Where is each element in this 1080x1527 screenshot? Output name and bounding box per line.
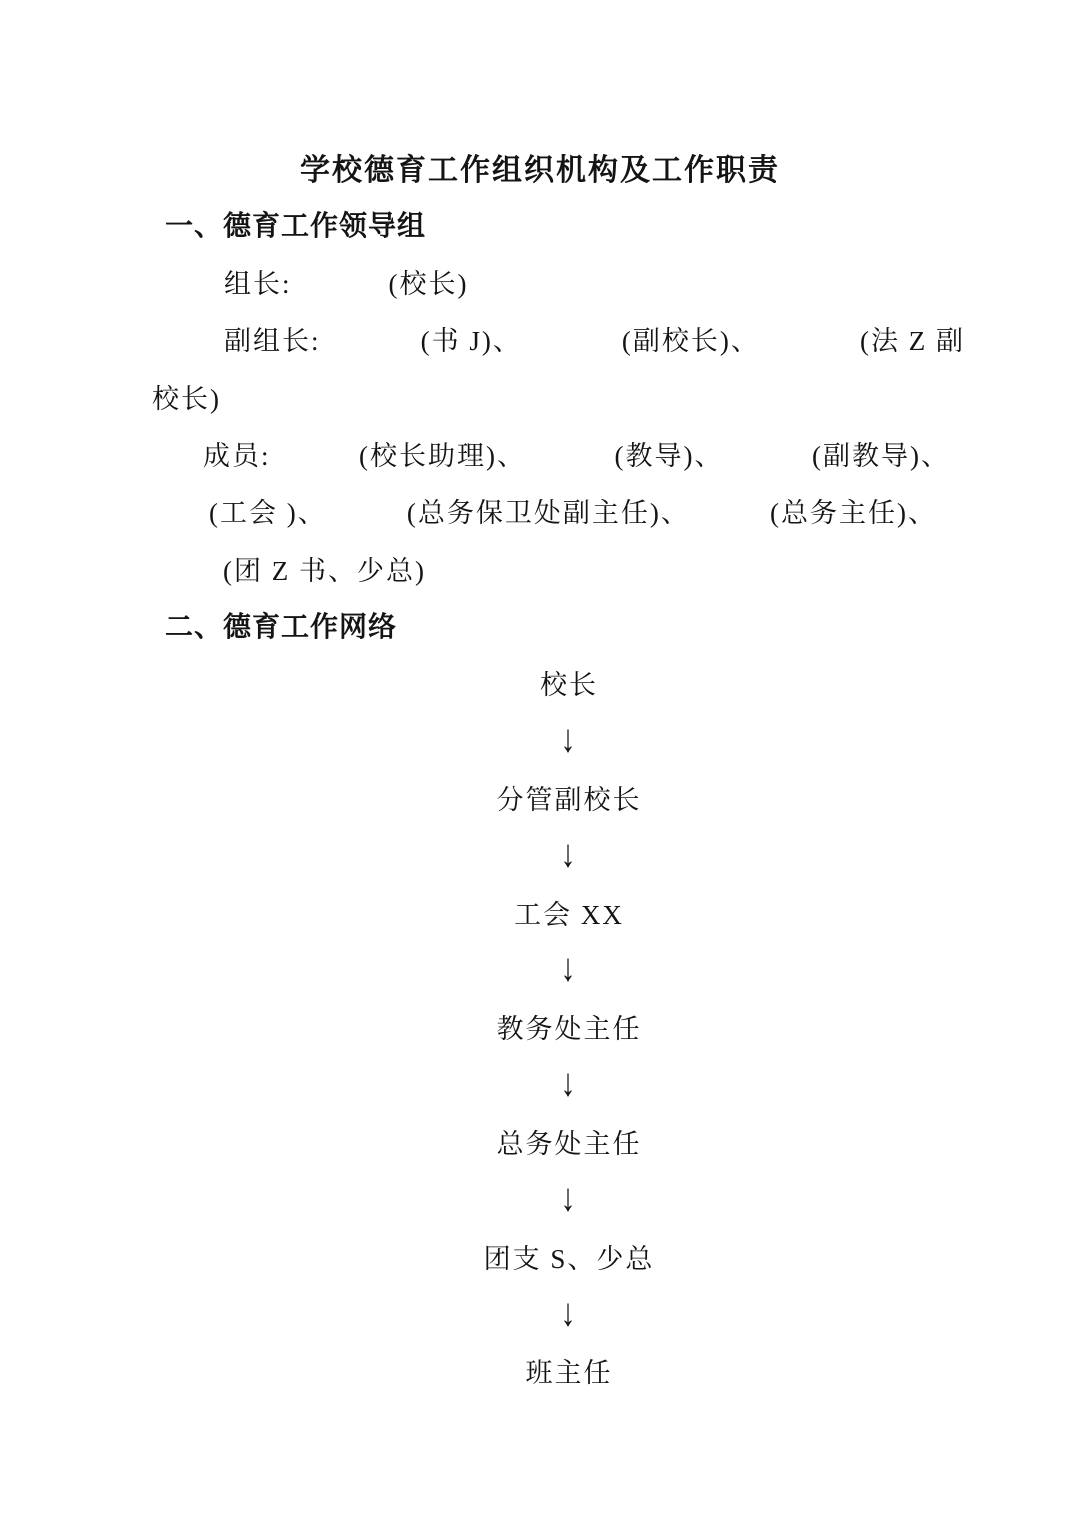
section-1-heading: 一、德育工作领导组 [165, 204, 426, 244]
flow-arrow-line: ↓ [0, 1056, 1080, 1113]
flow-node: 班主任 [526, 1351, 613, 1390]
document-title: 学校德育工作组织机构及工作职责 [300, 145, 780, 189]
section-1-heading-line: 一、德育工作领导组 [0, 195, 1080, 252]
text-segment: 组长: [224, 262, 292, 301]
flow-arrow-line: ↓ [0, 1285, 1080, 1342]
flow-node-line: 分管副校长 [0, 769, 1080, 826]
flow-arrow-line: ↓ [0, 941, 1080, 998]
flow-node: 教务处主任 [497, 1007, 642, 1046]
body-line: 成员:(校长助理)、(教导)、(副教导)、 [0, 425, 950, 482]
down-arrow-icon: ↓ [561, 1291, 578, 1335]
down-arrow-icon: ↓ [561, 718, 578, 762]
document-page: 学校德育工作组织机构及工作职责 一、德育工作领导组 组长:(校长)副组长:(书 … [0, 0, 1080, 1527]
text-segment: 成员: [203, 434, 271, 473]
text-segment: (团 Z 书、少总) [223, 549, 426, 588]
text-segment: (法 Z 副 [860, 319, 965, 358]
text-segment: (工会 )、 [209, 491, 327, 530]
section-2-heading: 二、德育工作网络 [165, 605, 397, 645]
text-segment: (总务保卫处副主任)、 [407, 491, 690, 530]
flow-node: 团支 S、少总 [484, 1237, 655, 1276]
text-segment: (教导)、 [615, 434, 724, 473]
text-segment: (副校长)、 [622, 319, 760, 358]
down-arrow-icon: ↓ [561, 947, 578, 991]
flow-arrow-line: ↓ [0, 1170, 1080, 1227]
down-arrow-icon: ↓ [561, 1062, 578, 1106]
flow-node-line: 团支 S、少总 [0, 1228, 1080, 1285]
title-line: 学校德育工作组织机构及工作职责 [0, 138, 1080, 195]
section-2-heading-line: 二、德育工作网络 [0, 597, 1080, 654]
flow-node-line: 工会 XX [0, 883, 1080, 940]
flow-node: 总务处主任 [497, 1122, 642, 1161]
flow-node-line: 班主任 [0, 1342, 1080, 1399]
flow-arrow-line: ↓ [0, 711, 1080, 768]
body-line: (团 Z 书、少总) [0, 539, 1080, 596]
body-line: 校长) [0, 367, 1080, 424]
text-segment: (书 J)、 [421, 319, 522, 358]
org-flow-chart: 校长↓分管副校长↓工会 XX↓教务处主任↓总务处主任↓团支 S、少总↓班主任 [0, 654, 1080, 1399]
flow-node: 分管副校长 [497, 778, 642, 817]
text-segment: (副教导)、 [812, 434, 950, 473]
flow-node: 工会 XX [514, 893, 624, 932]
flow-node: 校长 [540, 663, 598, 702]
flow-arrow-line: ↓ [0, 826, 1080, 883]
flow-node-line: 校长 [0, 654, 1080, 711]
section-1-body: 组长:(校长)副组长:(书 J)、(副校长)、(法 Z 副校长)成员:(校长助理… [0, 253, 1080, 597]
flow-node-line: 总务处主任 [0, 1113, 1080, 1170]
text-segment: 校长) [152, 377, 221, 416]
text-segment: (校长) [389, 262, 469, 301]
text-segment: (总务主任)、 [770, 491, 937, 530]
down-arrow-icon: ↓ [561, 833, 578, 877]
body-line: (工会 )、(总务保卫处副主任)、(总务主任)、 [0, 482, 937, 539]
body-line: 组长:(校长) [0, 253, 1080, 310]
text-segment: (校长助理)、 [359, 434, 526, 473]
down-arrow-icon: ↓ [561, 1177, 578, 1221]
flow-node-line: 教务处主任 [0, 998, 1080, 1055]
text-segment: 副组长: [224, 319, 321, 358]
body-line: 副组长:(书 J)、(副校长)、(法 Z 副 [0, 310, 965, 367]
